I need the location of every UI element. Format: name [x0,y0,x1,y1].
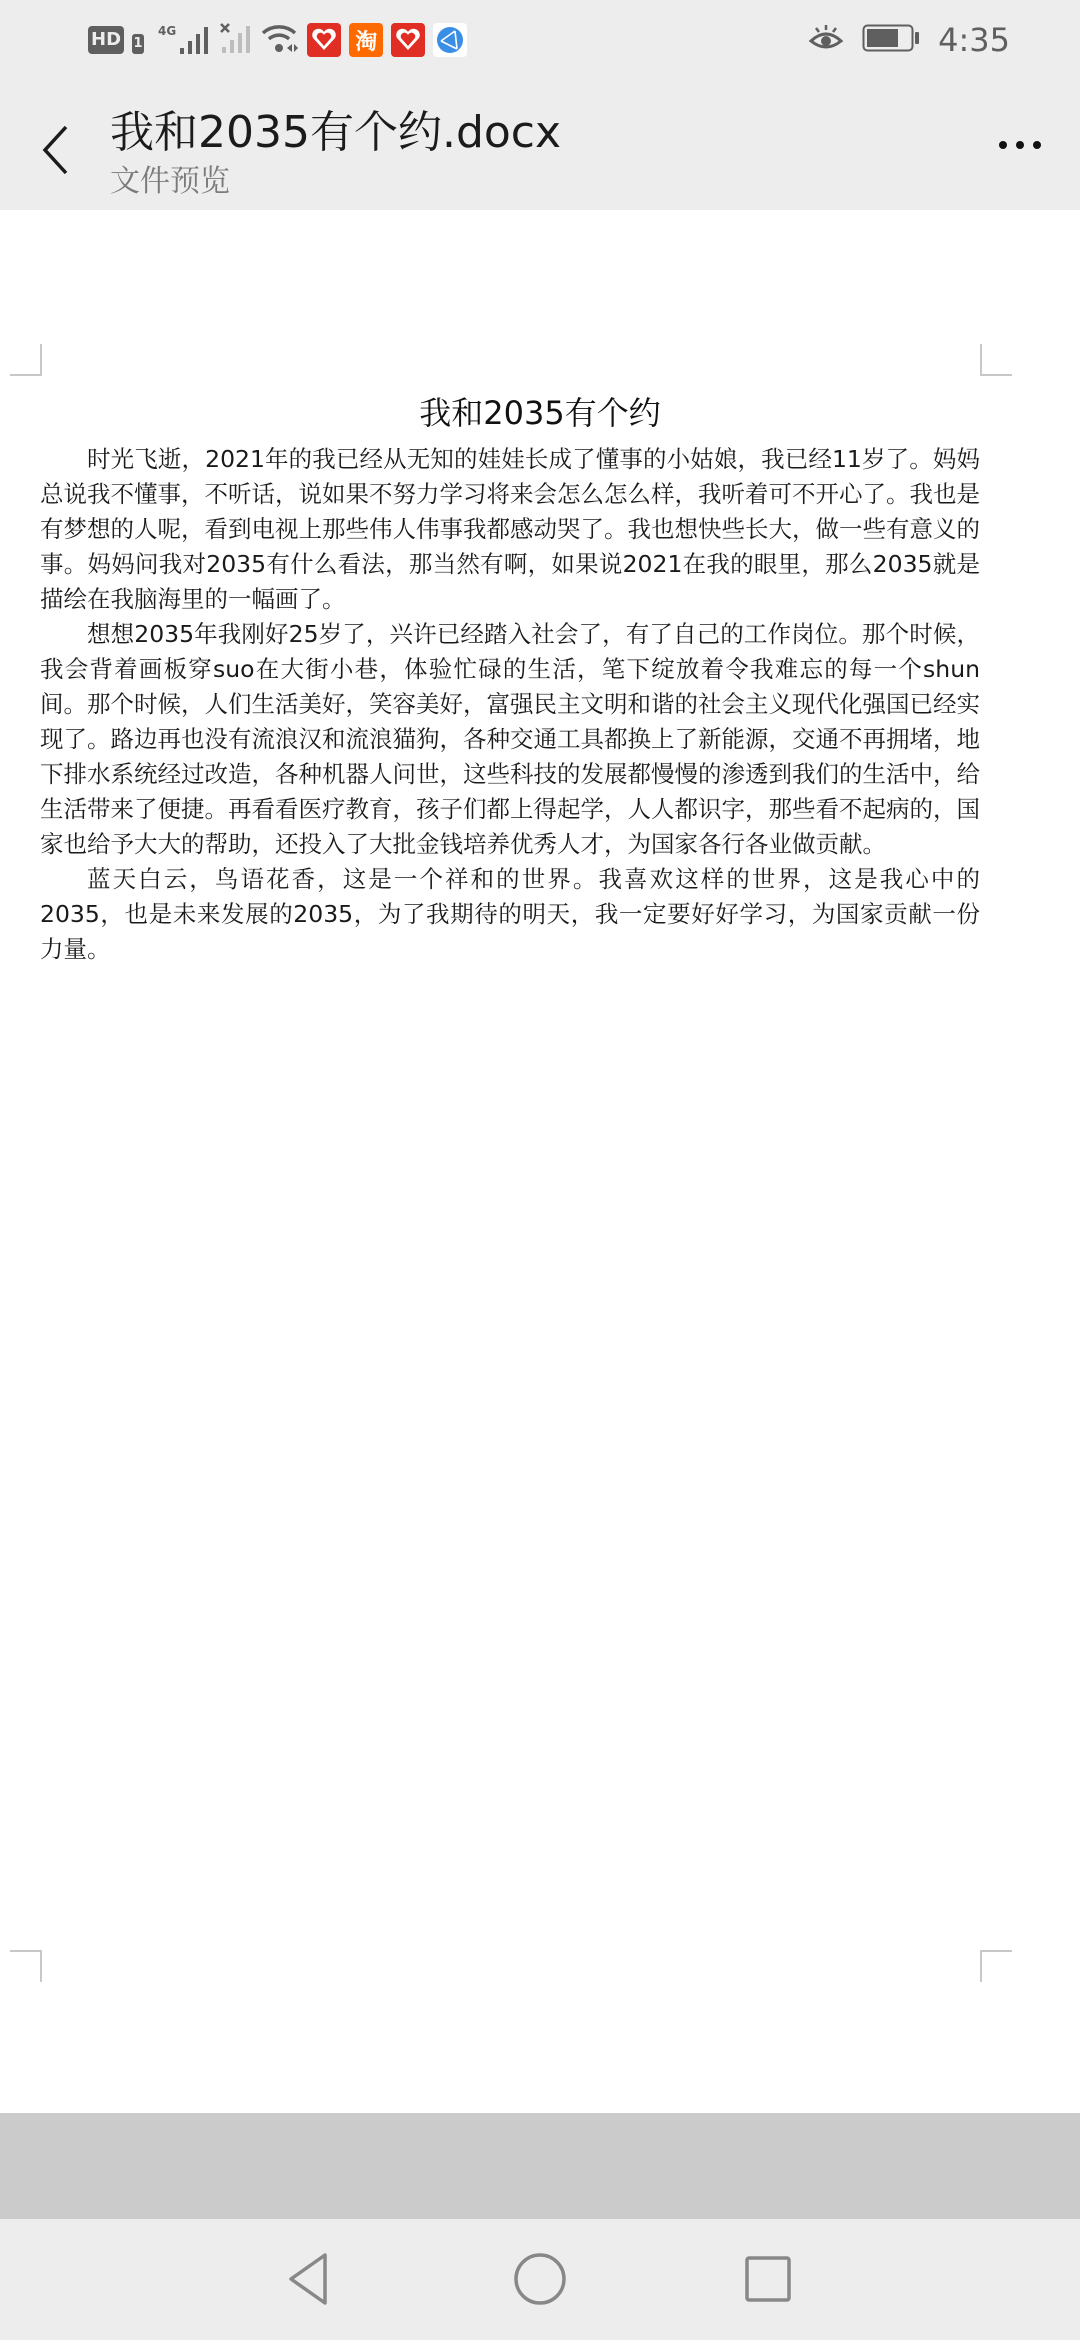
battery-icon [862,23,920,57]
paragraph: 想想2035年我刚好25岁了，兴许已经踏入社会了，有了自己的工作岗位。那个时候，… [40,617,980,862]
paragraph: 蓝天白云，鸟语花香，这是一个祥和的世界。我喜欢这样的世界，这是我心中的2035，… [40,862,980,967]
status-left-icons: HD 1 4G 淘 [88,22,467,58]
no-signal-icon [219,21,253,59]
browser-app-icon [433,23,467,57]
page-gap [0,2113,1080,2219]
paragraph: 时光飞逝，2021年的我已经从无知的娃娃长成了懂事的小姑娘，我已经11岁了。妈妈… [40,442,980,617]
file-title: 我和2035有个约.docx [110,96,561,160]
more-dots-icon [999,141,1007,149]
more-options-button[interactable] [990,120,1050,170]
wifi-icon [261,22,299,58]
nav-recents-button[interactable] [738,2249,798,2309]
crop-mark-top-left [10,344,42,376]
back-triangle-icon [285,2251,331,2307]
nav-home-button[interactable] [510,2249,570,2309]
crop-mark-bottom-left [10,1950,42,1982]
taobao-app-icon: 淘 [349,23,383,57]
eye-comfort-icon [808,23,844,57]
recents-square-icon [743,2254,793,2304]
back-button[interactable] [30,110,80,190]
document-title: 我和2035有个约 [0,388,1080,434]
pinduoduo-app-icon [307,23,341,57]
clock: 4:35 [938,21,1010,59]
chevron-left-icon [40,123,70,177]
system-nav-bar [0,2219,1080,2340]
sim-1-icon: 1 [132,34,144,54]
crop-mark-top-right [980,344,1012,376]
status-right-icons: 4:35 [808,20,1010,60]
nav-back-button[interactable] [278,2249,338,2309]
network-type-label: 4G [158,24,176,38]
document-body: 时光飞逝，2021年的我已经从无知的娃娃长成了懂事的小姑娘，我已经11岁了。妈妈… [40,442,980,967]
crop-mark-bottom-right [980,1950,1012,1982]
app-header: 我和2035有个约.docx 文件预览 [0,80,1080,210]
home-circle-icon [512,2251,568,2307]
file-preview-label: 文件预览 [110,156,230,200]
document-preview[interactable]: 我和2035有个约 时光飞逝，2021年的我已经从无知的娃娃长成了懂事的小姑娘，… [0,210,1080,2113]
more-dots-icon [1016,141,1024,149]
status-bar: HD 1 4G 淘 4:35 [0,0,1080,80]
hd-icon: HD [88,26,124,54]
4g-signal-icon: 4G [158,24,211,56]
pinduoduo-app-icon [391,23,425,57]
more-dots-icon [1033,141,1041,149]
